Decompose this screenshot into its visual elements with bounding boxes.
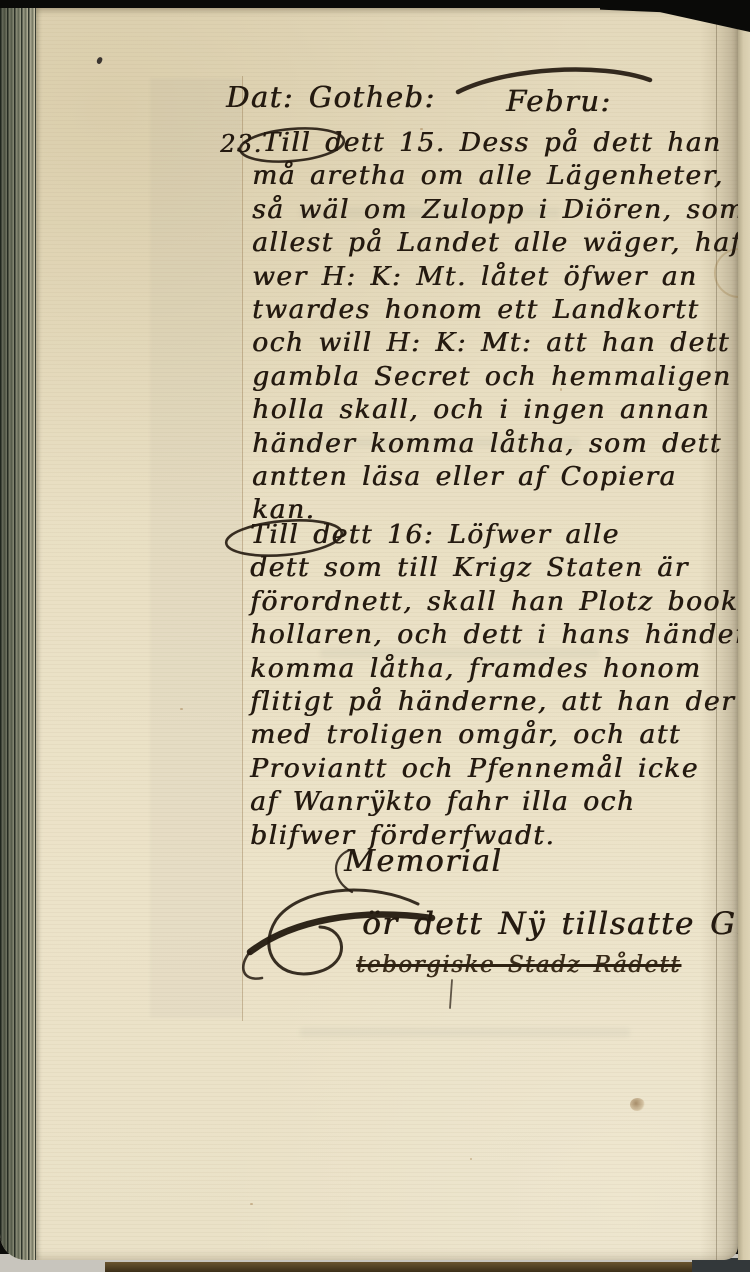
- dateline-month: Febru:: [506, 84, 612, 118]
- manuscript-line: flitigt på händerne, att han der: [250, 685, 738, 718]
- manuscript-line: må aretha om alle Lägenheter,: [252, 159, 738, 192]
- ink-showthrough: [300, 1028, 630, 1037]
- manuscript-line: twardes honom ett Landkortt: [252, 293, 738, 326]
- ink-speck: [96, 56, 103, 64]
- manuscript-line: dett som till Krigz Staten är: [250, 551, 738, 584]
- scanned-manuscript-screenshot: Dat: Gotheb: Febru: 23. Till dett 15. De…: [0, 0, 750, 1272]
- paper-fleck: [470, 1158, 472, 1160]
- closing-line: ör dett Nÿ tillsatte Giöte: [362, 906, 738, 942]
- paragraph-till-dett-16: Till dett 16: Löfwer alle dett som till …: [250, 518, 738, 852]
- struck-catchword-line: teborgiske Stadz Rådett: [356, 952, 681, 978]
- book-page-edges: [0, 8, 36, 1260]
- manuscript-page: Dat: Gotheb: Febru: 23. Till dett 15. De…: [0, 8, 738, 1260]
- manuscript-line: af Wanrÿkto fahr illa och: [250, 785, 738, 818]
- manuscript-line: med troligen omgår, och att: [250, 718, 738, 751]
- table-dark-object: [692, 1258, 750, 1272]
- paper-fleck: [250, 1203, 253, 1205]
- dateline-place: Dat: Gotheb:: [226, 80, 436, 114]
- manuscript-line: antten läsa eller af Copiera: [252, 460, 738, 493]
- manuscript-line: förordnett, skall han Plotz book: [250, 585, 738, 618]
- margin-rule-line: [242, 76, 243, 1021]
- manuscript-line: gambla Secret och hemmaligen: [252, 360, 738, 393]
- memorial-heading: Memorial: [344, 844, 502, 879]
- paragraph-till-dett-15: Till dett 15. Dess på dett han må aretha…: [252, 126, 738, 527]
- paper-fleck: [180, 708, 183, 710]
- book-cover-edge: [105, 1262, 695, 1272]
- paper-stain: [630, 1098, 645, 1111]
- manuscript-line: Till dett 15. Dess på dett han: [252, 126, 738, 159]
- manuscript-line: och will H: K: Mt: att han dett: [252, 326, 738, 359]
- manuscript-line: Till dett 16: Löfwer alle: [250, 518, 738, 551]
- manuscript-line: händer komma låtha, som dett: [252, 427, 738, 460]
- manuscript-line: holla skall, och i ingen annan: [252, 393, 738, 426]
- next-page-edge: [738, 10, 750, 1260]
- manuscript-line: wer H: K: Mt. låtet öfwer an: [252, 260, 738, 293]
- manuscript-line: komma låtha, framdes honom: [250, 652, 738, 685]
- manuscript-line: hollaren, och dett i hans händer: [250, 618, 738, 651]
- ink-showthrough: [150, 78, 242, 1018]
- manuscript-line: allest på Landet alle wäger, haf: [252, 226, 738, 259]
- manuscript-line: Proviantt och Pfennemål icke: [250, 752, 738, 785]
- manuscript-line: så wäl om Zulopp i Diören, som: [252, 193, 738, 226]
